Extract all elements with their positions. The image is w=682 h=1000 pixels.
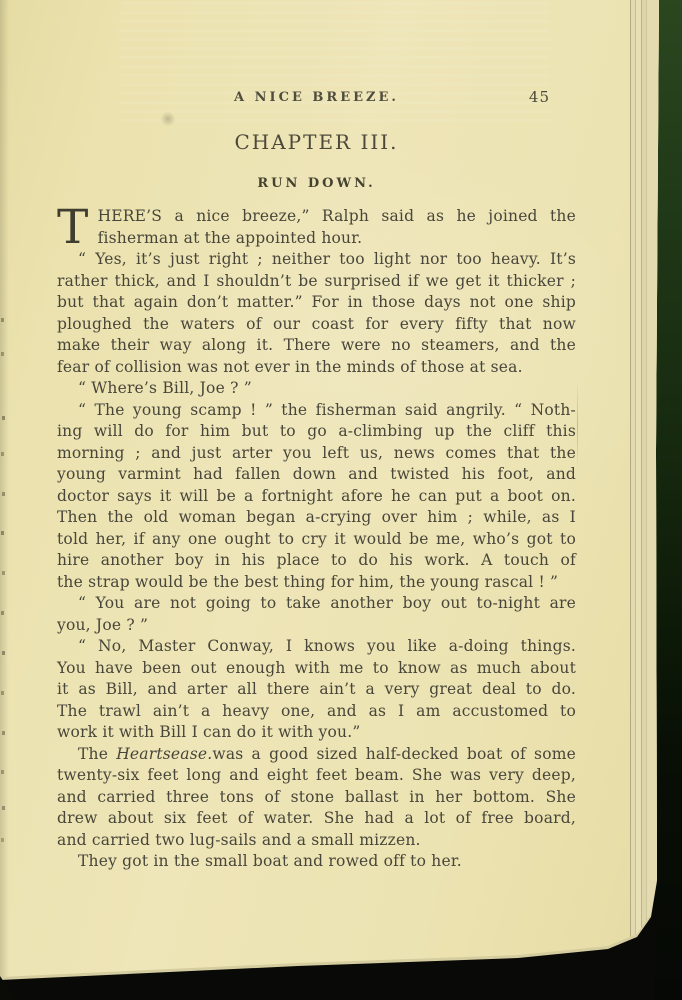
paper-crease: [577, 380, 578, 470]
text-line: drew about six feet of water. She had a …: [57, 808, 576, 830]
running-header-title: A NICE BREEZE.: [234, 90, 399, 105]
text-segment: The: [78, 745, 116, 763]
scanned-book-page: A NICE BREEZE. 45 CHAPTER III. RUN DOWN.…: [0, 0, 682, 1000]
text-line: you, Joe ? ”: [57, 615, 576, 637]
text-line: fear of collision was not ever in the mi…: [57, 357, 576, 379]
text-line: told her, if any one ought to cry it wou…: [57, 529, 576, 551]
page-left-edge: [0, 0, 9, 1000]
running-header: A NICE BREEZE. 45: [57, 90, 576, 108]
text-line: fisherman at the appointed hour.: [57, 228, 576, 250]
page-number: 45: [529, 88, 550, 106]
paragraph: “ You are not going to take another boy …: [57, 593, 576, 636]
text-line: hire another boy in his place to do his …: [57, 550, 576, 572]
text-line: “ You are not going to take another boy …: [57, 593, 576, 615]
text-line: “ No, Master Conway, I knows you like a-…: [57, 636, 576, 658]
text-line: “ Where’s Bill, Joe ? ”: [57, 378, 576, 400]
book-board-edge: [655, 0, 682, 1000]
text-line: “ Yes, it’s just right ; neither too lig…: [57, 249, 576, 271]
text-segment: was a good sized half-decked boat of som…: [212, 745, 576, 763]
text-line: twenty-six feet long and eight feet beam…: [57, 765, 576, 787]
printed-text-block: A NICE BREEZE. 45 CHAPTER III. RUN DOWN.…: [57, 0, 576, 873]
paragraph: THERE’S a nice breeze,” Ralph said as he…: [57, 206, 576, 249]
drop-cap: T: [57, 206, 98, 247]
chapter-heading: CHAPTER III.: [57, 130, 576, 154]
section-heading: RUN DOWN.: [57, 176, 576, 191]
text-line: The trawl ain’t a heavy one, and as I am…: [57, 701, 576, 723]
text-line: ploughed the waters of our coast for eve…: [57, 314, 576, 336]
text-line: and carried three tons of stone ballast …: [57, 787, 576, 809]
text-line: work it with Bill I can do it with you.”: [57, 722, 576, 744]
text-line: doctor says it will be a fortnight afore…: [57, 486, 576, 508]
text-line: ing will do for him but to go a-climbing…: [57, 421, 576, 443]
text-line: The Heartsease.was a good sized half-dec…: [57, 744, 576, 766]
boat-name-italic: Heartsease.: [116, 745, 212, 763]
paragraph: “ Where’s Bill, Joe ? ”: [57, 378, 576, 400]
text-line: Then the old woman began a-crying over h…: [57, 507, 576, 529]
text-line: morning ; and just arter you left us, ne…: [57, 443, 576, 465]
text-line: “ The young scamp ! ” the fisherman said…: [57, 400, 576, 422]
paper-page: A NICE BREEZE. 45 CHAPTER III. RUN DOWN.…: [0, 0, 682, 1000]
print-through-marks: [1, 0, 4, 4]
text-line: They got in the small boat and rowed off…: [57, 851, 576, 873]
paragraph: “ No, Master Conway, I knows you like a-…: [57, 636, 576, 744]
paragraph: “ Yes, it’s just right ; neither too lig…: [57, 249, 576, 378]
text-line: make their way along it. There were no s…: [57, 335, 576, 357]
body-text: THERE’S a nice breeze,” Ralph said as he…: [57, 206, 576, 873]
text-line: it as Bill, and arter all there ain’t a …: [57, 679, 576, 701]
text-line: young varmint had fallen down and twiste…: [57, 464, 576, 486]
text-line: rather thick, and I shouldn’t be surpris…: [57, 271, 576, 293]
text-line: but that again don’t matter.” For in tho…: [57, 292, 576, 314]
text-line: You have been out enough with me to know…: [57, 658, 576, 680]
paragraph: The Heartsease.was a good sized half-dec…: [57, 744, 576, 852]
paragraph: “ The young scamp ! ” the fisherman said…: [57, 400, 576, 594]
text-line: the strap would be the best thing for hi…: [57, 572, 576, 594]
paragraph: They got in the small boat and rowed off…: [57, 851, 576, 873]
text-line: HERE’S a nice breeze,” Ralph said as he …: [57, 206, 576, 228]
text-line: and carried two lug-sails and a small mi…: [57, 830, 576, 852]
